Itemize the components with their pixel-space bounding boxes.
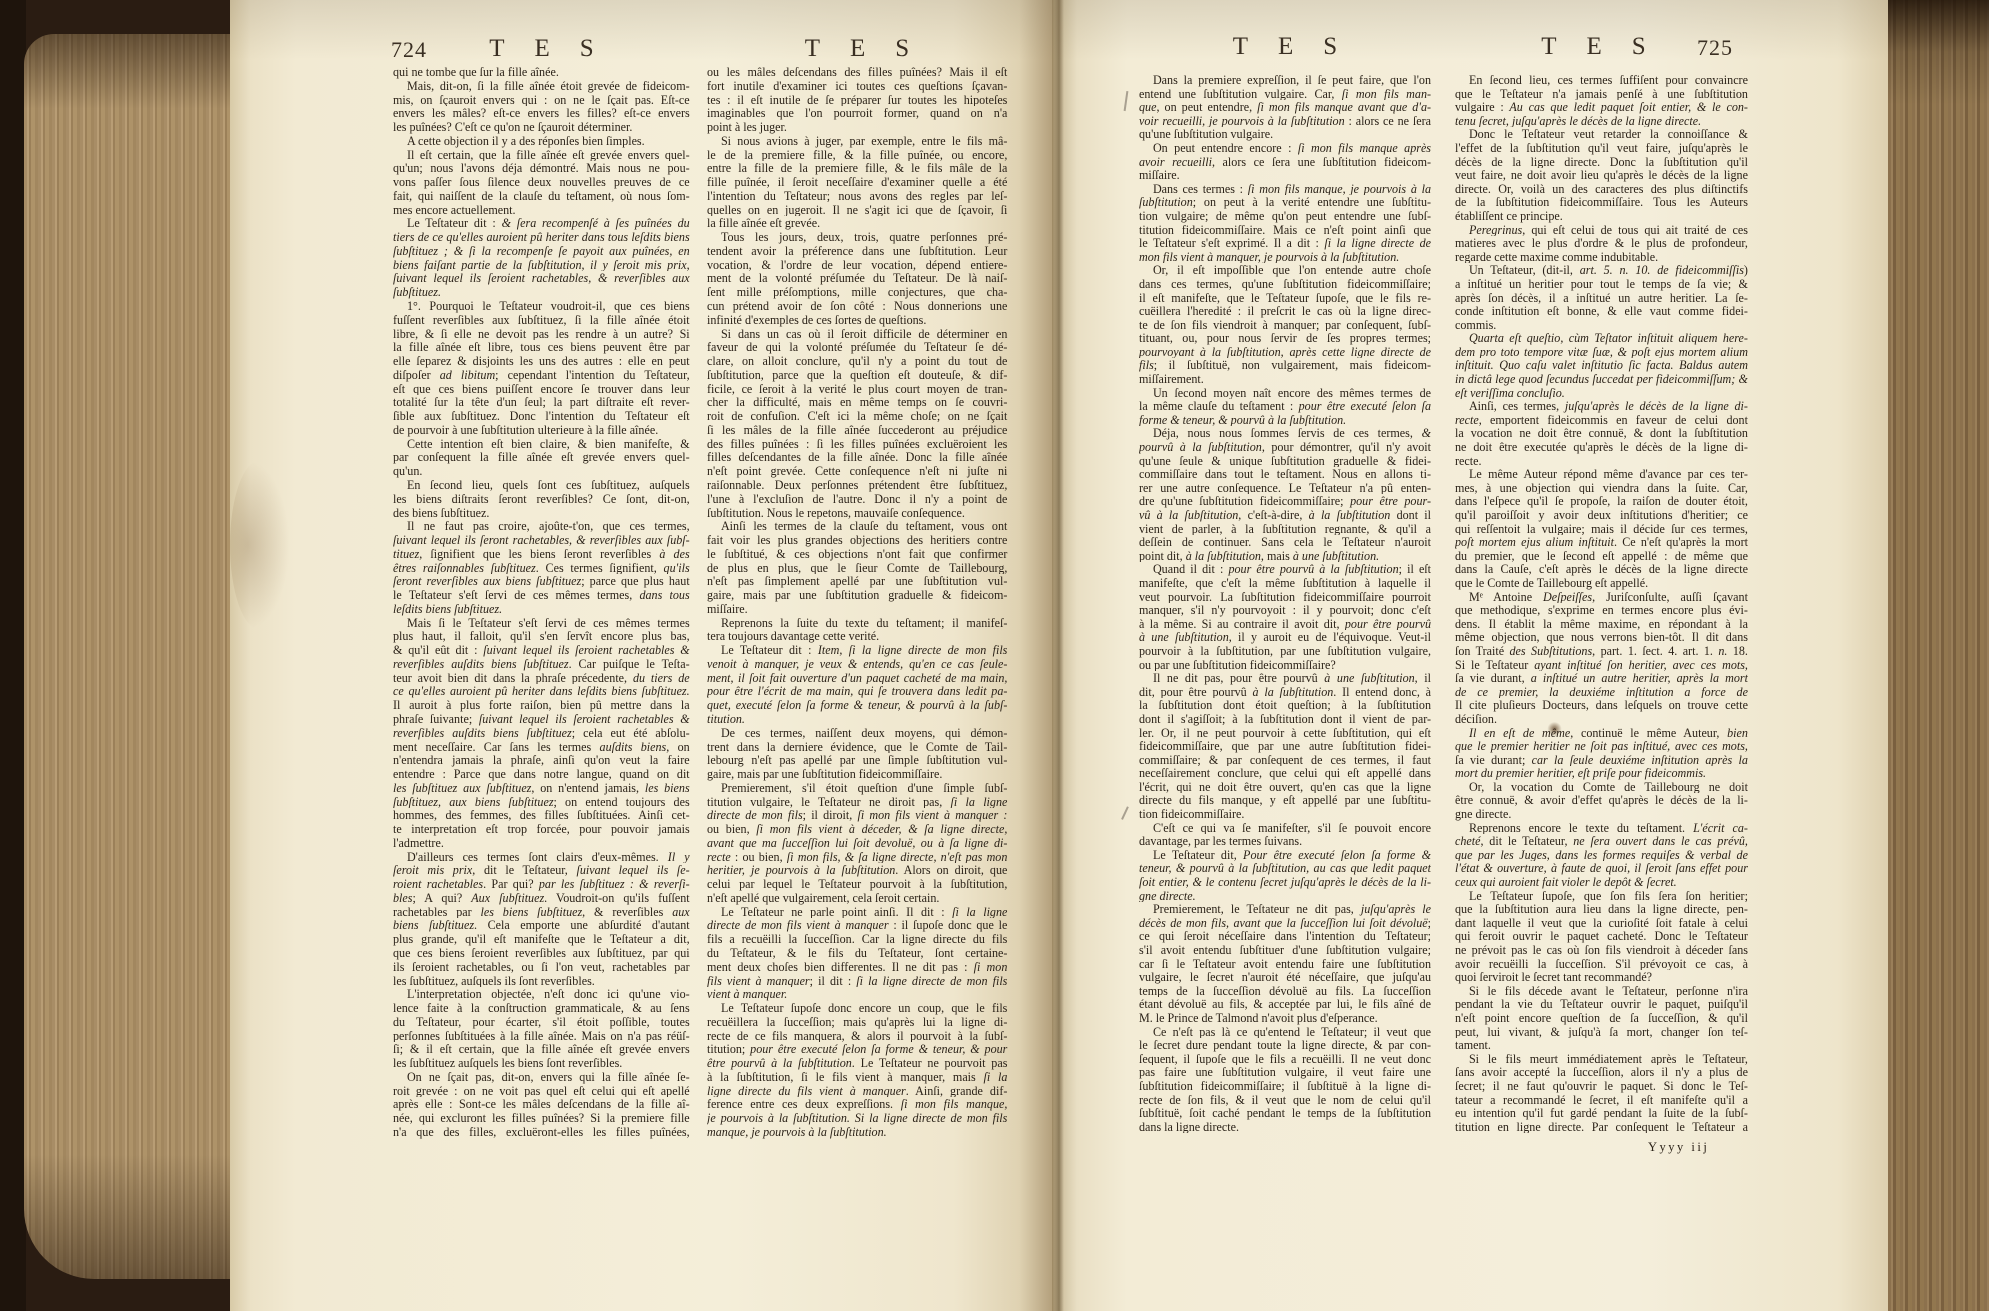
text-line: ment neceſſaire. Car ſans les termes auſ… bbox=[393, 740, 690, 754]
text-line: ſa vie durant; car la ſeule deuxiéme inſ… bbox=[1455, 753, 1748, 767]
roman-text: Si le Teſtateur bbox=[1455, 658, 1534, 672]
text-line: forme & teneur, & pourvû à la ſubſtituti… bbox=[1139, 413, 1431, 427]
text-line: Reprenons la ſuite du texte du teſtament… bbox=[707, 616, 1007, 630]
italic-text: mon fils vient à manquer, je pourvois à … bbox=[1139, 250, 1399, 264]
italic-text: aux bbox=[672, 905, 689, 919]
roman-text: Le Teſtateur dit : bbox=[721, 643, 818, 657]
roman-text: Dans ces termes : bbox=[1153, 182, 1248, 196]
text-line: C'eſt ce qui va ſe manifeſter, s'il ſe p… bbox=[1139, 821, 1431, 835]
text-line: rachetables par les biens ſubſtituez, & … bbox=[393, 905, 690, 919]
text-line: ils ſeroient rachetables, ou ſi l'on veu… bbox=[393, 960, 690, 974]
text-line: recte. bbox=[1455, 454, 1748, 468]
roman-text: hommes, des femmes, des filles ſubſtitué… bbox=[393, 808, 690, 822]
text-line: point à les juger. bbox=[707, 120, 1007, 134]
roman-text: Il eſt certain, que la fille aînée eſt g… bbox=[407, 148, 690, 162]
text-line: cun prétend avoir de ſon côté : Nous don… bbox=[707, 299, 1007, 313]
text-line: ſans avoir accepté la ſucceſſion, alors … bbox=[1455, 1065, 1748, 1079]
roman-text: lence faite à la conſtruction grammatica… bbox=[393, 1001, 690, 1015]
italic-text: ne ſera ouvert dans le cas prévû, bbox=[1573, 834, 1748, 848]
text-line: vient à manquer. bbox=[707, 987, 1007, 1001]
text-line: décès de mon fils, avant que la ſucceſſi… bbox=[1139, 916, 1431, 930]
text-line: Le Teſtateur ſupoſe, que ſon fils ſera ſ… bbox=[1455, 889, 1748, 903]
text-line: du premier, que le ſecond eſt appellé : … bbox=[1455, 549, 1748, 563]
roman-text: libre, & ſi elle ne devoit pas les rendr… bbox=[393, 327, 690, 341]
roman-text: lebourg n'eſt pas apellé par une ſimple … bbox=[707, 753, 1007, 767]
text-line: tituant, ou, pour nous ſervir de ſes pro… bbox=[1139, 331, 1431, 345]
text-line: miſſaire. bbox=[707, 602, 1007, 616]
text-line: Si le fils décede avant le Teſtateur, pe… bbox=[1455, 984, 1748, 998]
roman-text: que methodique, s'exprime en termes enco… bbox=[1455, 603, 1748, 617]
roman-text: . Ainſi, grande dif- bbox=[906, 1084, 1008, 1098]
text-line: que la ſubſtitution aura lieu dans la li… bbox=[1455, 902, 1748, 916]
text-line: que, on peut entendre, ſi mon fils manqu… bbox=[1139, 100, 1431, 114]
text-line: s'il avoit entendu ſubſtituer d'une ſubſ… bbox=[1139, 943, 1431, 957]
roman-text: Si dans un cas où il ſeroit difficile de… bbox=[721, 327, 1007, 341]
paragraph: Déja, nous nous ſommes ſervis de ces ter… bbox=[1139, 426, 1431, 562]
text-line: hommes, des femmes, des filles ſubſtitué… bbox=[393, 808, 690, 822]
roman-text: dens. Il établit la même maxime, en répo… bbox=[1455, 617, 1748, 631]
italic-text: roient rachetables bbox=[393, 877, 483, 891]
text-line: avant que ma ſucceſſion lui ſoit devoluë… bbox=[707, 836, 1007, 850]
text-line: ſon Traité des Subſtitutions, part. 1. ſ… bbox=[1455, 644, 1748, 658]
paragraph: Le Teſtateur dit, Pour être executé ſelo… bbox=[1139, 848, 1431, 902]
roman-text: ils ſeroient rachetables, ou ſi l'on veu… bbox=[393, 960, 690, 974]
text-column-3: Dans la premiere expreſſion, il ſe peut … bbox=[1139, 73, 1431, 1133]
text-line: miſſairement. bbox=[1139, 372, 1431, 386]
roman-text: Ce n'eſt pas là ce qu'entend le Teſtateu… bbox=[1153, 1025, 1431, 1039]
italic-text: l'état & ouverture, à faute de quoi, il … bbox=[1455, 861, 1748, 875]
roman-text: point dit, bbox=[1139, 549, 1186, 563]
text-line: que methodique, s'exprime en termes enco… bbox=[1455, 603, 1748, 617]
text-line: à la ſubſtitution, ſi le fils vient à ma… bbox=[707, 1070, 1007, 1084]
text-line: leſdits biens ſubſtituez. bbox=[393, 602, 690, 616]
roman-text: qui feroit ouvrir le paquet cacheté. Don… bbox=[1455, 929, 1748, 943]
roman-text: , pour démontrer, qu'il n'y avoit bbox=[1262, 440, 1431, 454]
roman-text: cun prétend avoir de ſon côté : Nous don… bbox=[707, 299, 1007, 313]
roman-text: , qui eſt celui de tous qui ait traité d… bbox=[1522, 223, 1748, 237]
text-line: l'effet de la ſubſtitution qu'il veut fa… bbox=[1455, 141, 1748, 155]
roman-text: Mais ſi le Teſtateur s'eſt ſervi de ces … bbox=[407, 616, 690, 630]
text-line: qui ne tombe que ſur la fille aînée. bbox=[393, 65, 690, 79]
italic-text: fils vient à manquer bbox=[707, 974, 810, 988]
text-line: ce qu'elles auroient pû heriter dans leſ… bbox=[393, 684, 690, 698]
text-line: être connuë, & avoir d'effet qu'après le… bbox=[1455, 793, 1748, 807]
roman-text: fort inutile d'examiner ici toutes ces q… bbox=[707, 79, 1007, 93]
text-line: avoir recuëilli la ſucceſſion. S'il prév… bbox=[1455, 957, 1748, 971]
roman-text: Il auroit à plus forte raiſon, bien pû m… bbox=[393, 698, 690, 712]
paragraph: Ainſi, ces termes, juſqu'après le décès … bbox=[1455, 399, 1748, 467]
text-line: n'entendra jamais la phraſe, ainſi qu'on… bbox=[393, 753, 690, 767]
roman-text: ; il ſubſtituë, non vulgairement, mais f… bbox=[1154, 358, 1431, 372]
roman-text: fait voir les plus grandes objections de… bbox=[707, 533, 1007, 547]
roman-text: recte. bbox=[1455, 454, 1482, 468]
italic-text: pour être executé ſelon ſa forme & teneu… bbox=[750, 1042, 1007, 1056]
roman-text: ſa vie durant, bbox=[1455, 671, 1531, 685]
roman-text: l'intention du Teſtateur; nous avons des… bbox=[707, 189, 1007, 203]
text-line: gne directe. bbox=[1455, 807, 1748, 821]
italic-text: eſt veriſſima concluſio. bbox=[1455, 386, 1565, 400]
text-line: ſubſtituez, aux biens ſubſtituez; on ent… bbox=[393, 795, 690, 809]
roman-text: Reprenons encore le texte du teſtament. bbox=[1469, 821, 1693, 835]
text-line: mes, à une objection qui viendra dans la… bbox=[1455, 481, 1748, 495]
roman-text: vocation, & l'ordre de leur vocation, dé… bbox=[707, 258, 1007, 272]
italic-text: pour être pour- bbox=[1350, 494, 1431, 508]
paragraph: Le Teſtateur ſupoſe donc encore un coup,… bbox=[707, 1001, 1007, 1139]
roman-text: Or, la vocation du Comte de Taillebourg … bbox=[1469, 780, 1748, 794]
text-line: à la même. Si au contraire il avoit dit,… bbox=[1139, 617, 1431, 631]
text-line: fideicommiſſaire, que par une autre ſubſ… bbox=[1139, 739, 1431, 753]
roman-text: l'effet de la ſubſtitution qu'il veut fa… bbox=[1455, 141, 1748, 155]
roman-text: cher la difficulté, mais en même temps o… bbox=[707, 395, 1007, 409]
text-line: ou bien, ſi mon fils vient à déceder, & … bbox=[707, 822, 1007, 836]
roman-text: : ou bien, bbox=[731, 850, 787, 864]
roman-text: qu'une ſeule & unique ſubſtitution gradu… bbox=[1139, 454, 1431, 468]
paragraph: On peut entendre encore : ſi mon fils ma… bbox=[1139, 141, 1431, 182]
italic-text: je pourvois à la ſubſtitution. Si la lig… bbox=[707, 1111, 1007, 1125]
roman-text: gaire, mais par une ſubſtitution graduel… bbox=[707, 588, 1007, 602]
text-line: tiers de ce qu'elles auroient pû heriter… bbox=[393, 230, 690, 244]
italic-text: inſtituit. Quo caſu valet inſtitutio ſic… bbox=[1455, 358, 1748, 372]
text-line: celui par lequel le Teſtateur pourvoit à… bbox=[707, 877, 1007, 891]
text-line: ligne directe du fils vient à manquer. A… bbox=[707, 1084, 1007, 1098]
text-line: avoir recueilli, alors ce ſera une ſubſt… bbox=[1139, 155, 1431, 169]
roman-text: la fille aînée eſt libre, tous ces biens… bbox=[393, 340, 690, 354]
roman-text: tera toujours davantage cette verité. bbox=[707, 629, 879, 643]
roman-text: tateur a recommandé le ſecret, il eſt ma… bbox=[1455, 1093, 1748, 1107]
roman-text: vient de parler, à la ſubſtitution regna… bbox=[1139, 522, 1431, 536]
text-line: n'eſt point grevée. Cette conſequence n'… bbox=[707, 464, 1007, 478]
roman-text: ne doit être executée qu'après le décès … bbox=[1455, 440, 1748, 454]
roman-text: ſi; & il eſt certain, que la fille aînée… bbox=[393, 1042, 690, 1056]
text-line: bles; A qui? Aux ſubſtituez. Voudroit-on… bbox=[393, 891, 690, 905]
roman-text: la ſubſtitution dont étoit queſtion; à l… bbox=[1139, 698, 1431, 712]
roman-text: ment neceſſaire. Car ſans les termes bbox=[393, 740, 600, 754]
roman-text: ne prévoit pas le cas où ſon fils viendr… bbox=[1455, 943, 1748, 957]
text-line: n'eſt pas ſimplement apellé par une ſubſ… bbox=[707, 574, 1007, 588]
roman-text: A cette objection il y a des réponſes bi… bbox=[407, 134, 645, 148]
roman-text: de plus en plus, que le ſieur Comte de T… bbox=[707, 561, 1007, 575]
text-line: dans ces termes, qu'une ſubſtitution fid… bbox=[1139, 277, 1431, 291]
roman-text: que la ſubſtitution aura lieu dans la li… bbox=[1455, 902, 1748, 916]
roman-text: n'eſt point grevée. Cette conſequence n'… bbox=[707, 464, 1007, 478]
roman-text: raiſonnable. Deux perſonnes prétendent ê… bbox=[707, 478, 1007, 492]
roman-text: plus haut, il falloit, qu'il s'en ſervît… bbox=[393, 629, 690, 643]
paragraph: ou les mâles deſcendans des filles puîné… bbox=[707, 65, 1007, 134]
roman-text: commiſſaire dans tout le teſtament. Nous… bbox=[1139, 467, 1431, 481]
text-line: infinité d'exemples de ces ſortes de que… bbox=[707, 313, 1007, 327]
italic-text: avant que ma ſucceſſion lui ſoit devoluë… bbox=[707, 836, 1007, 850]
paragraph: On ne ſçait pas, dit-on, envers qui la f… bbox=[393, 1070, 690, 1139]
roman-text: , Juriſconſulte, auſſi ſçavant bbox=[1592, 590, 1748, 604]
text-line: roit de confuſion. C'eſt ici la même cho… bbox=[707, 409, 1007, 423]
text-line: Il ne dit pas, pour être pourvû à une ſu… bbox=[1139, 671, 1431, 685]
roman-text: ſent mille préſomptions, mille conjectur… bbox=[707, 285, 1007, 299]
roman-text: dont il bbox=[1390, 508, 1431, 522]
italic-text: par les ſubſtituez : & reverſi- bbox=[539, 877, 690, 891]
text-line: envers les mâles? eſt-ce envers les fill… bbox=[393, 106, 690, 120]
text-line: la fille aînée eſt libre, tous ces biens… bbox=[393, 340, 690, 354]
roman-text: ) bbox=[1744, 263, 1748, 277]
italic-text: décès de mon fils, avant que la ſucceſſi… bbox=[1139, 916, 1428, 930]
italic-text: fils bbox=[1139, 358, 1154, 372]
roman-text: même objection, que nous verrons bien-tô… bbox=[1455, 630, 1748, 644]
paragraph: Or, la vocation du Comte de Taillebourg … bbox=[1455, 780, 1748, 821]
roman-text: celui par lequel le Teſtateur pourvoit à… bbox=[707, 877, 1007, 891]
roman-text: commiſſaire; & par conſequent de ces ter… bbox=[1139, 753, 1431, 767]
text-line: clare, on alloit conclure, qu'il n'y a p… bbox=[707, 354, 1007, 368]
roman-text: pendant la vie du Teſtateur ouvrir le pa… bbox=[1455, 997, 1748, 1011]
text-line: Peregrinus, qui eſt celui de tous qui ai… bbox=[1455, 223, 1748, 237]
italic-text: reverſibles auſdits biens ſubſtituez bbox=[393, 726, 572, 740]
italic-text: quet, executé ſelon ſa forme & teneur, &… bbox=[707, 698, 1007, 712]
italic-text: manque, je pourvois à la ſubſtitution. bbox=[707, 1125, 887, 1139]
italic-text: tituez bbox=[393, 547, 419, 561]
text-line: regarde cette maxime comme indubitable. bbox=[1455, 250, 1748, 264]
roman-text: n'eſt pas ſimplement apellé par une ſubſ… bbox=[707, 574, 1007, 588]
italic-text: n. bbox=[1718, 644, 1727, 658]
roman-text: roit de confuſion. C'eſt ici la même cho… bbox=[707, 409, 1007, 423]
text-line: pourvoyant à la ſubſtitution, après cett… bbox=[1139, 345, 1431, 359]
text-line: ſubſtitution. Nous le repetons, mauvaiſe… bbox=[707, 506, 1007, 520]
roman-text: te interpretation eſt trop forcée, pour … bbox=[393, 822, 690, 836]
text-line: manque, je pourvois à la ſubſtitution. bbox=[707, 1125, 1007, 1139]
text-line: En ſecond lieu, ces termes ſuffiſent pou… bbox=[1455, 73, 1748, 87]
roman-text: ſubſtitution fideicommiſſaire; il ſubſti… bbox=[1139, 1079, 1431, 1093]
roman-text: elle ſeparez & disjoints les uns des aut… bbox=[393, 354, 690, 368]
roman-text: qu'il paroiſſoit y avoir deux inſtitutio… bbox=[1455, 508, 1748, 522]
text-line: commis. bbox=[1455, 318, 1748, 332]
text-line: les puînées? C'eſt ce qu'on ne ſçauroit … bbox=[393, 120, 690, 134]
italic-text: & bbox=[1422, 426, 1431, 440]
roman-text: eu intention qu'il fut gardé pendant la … bbox=[1455, 1106, 1748, 1120]
roman-text: Le même Auteur répond même d'avance par … bbox=[1469, 467, 1748, 481]
italic-text: à des bbox=[659, 547, 689, 561]
italic-text: ſuivant lequel ils ſeroient rachetables … bbox=[479, 712, 690, 726]
text-line: déciſion. bbox=[1455, 712, 1748, 726]
italic-text: ſi mon fils manque, je pourvois à la bbox=[1248, 182, 1431, 196]
roman-text: rer une autre conſequence. Le Teſtateur … bbox=[1139, 481, 1431, 495]
text-line: deſſein de continuer. Sans cela le Teſta… bbox=[1139, 535, 1431, 549]
italic-text: titution. bbox=[707, 712, 745, 726]
roman-text: à la ſubſtitution, ſi le fils vient à ma… bbox=[707, 1070, 984, 1084]
roman-text: L'interpretation objectée, n'eſt donc ic… bbox=[407, 987, 690, 1001]
italic-text: L'écrit ca- bbox=[1693, 821, 1748, 835]
roman-text: dre qu'une ſubſtitution fideicommiſſaire… bbox=[1139, 494, 1350, 508]
roman-text: s'il avoit entendu ſubſtituer d'une ſubſ… bbox=[1139, 943, 1431, 957]
italic-text: biens ſubſtituez bbox=[393, 918, 474, 932]
roman-text: du Teſtateur, & le fils du Teſtateur, ſo… bbox=[707, 946, 1007, 960]
italic-text: ſuivant lequel ils ſe- bbox=[576, 863, 689, 877]
paragraph: En ſecond lieu, ces termes ſuffiſent pou… bbox=[1455, 73, 1748, 127]
paragraph: Le Teſtateur dit : Item, ſi la ligne dir… bbox=[707, 643, 1007, 726]
text-line: dans la Cauſe, c'eſt après le décès de l… bbox=[1455, 562, 1748, 576]
roman-text: que ces biens ſeroient reverſibles aux ſ… bbox=[393, 946, 690, 960]
text-line: ſuivant lequel ils ſeroient rachetables,… bbox=[393, 271, 690, 285]
text-line: diſpoſer ad libitum; cependant l'intenti… bbox=[393, 368, 690, 382]
text-line: gaire, mais par une ſubſtitution fideico… bbox=[707, 767, 1007, 781]
roman-text: a inſtitué un heritier pour tout le temp… bbox=[1455, 277, 1748, 291]
italic-text: Il en eſt de même bbox=[1469, 726, 1570, 740]
roman-text: gaire, mais par une ſubſtitution fideico… bbox=[707, 767, 942, 781]
italic-text: Item, ſi la ligne directe de mon fils bbox=[818, 643, 1008, 657]
paragraph: Reprenons la ſuite du texte du teſtament… bbox=[707, 616, 1007, 644]
roman-text: il eſt manifeſte, que le Teſtateur ſupoſ… bbox=[1139, 291, 1431, 305]
text-line: l'état & ouverture, à faute de quoi, il … bbox=[1455, 861, 1748, 875]
paragraph: Quarta eſt queſtio, cùm Teſtator inſtitu… bbox=[1455, 331, 1748, 399]
text-line: du Teſtateur, & le fils du Teſtateur, ſo… bbox=[707, 946, 1007, 960]
text-line: Mais, dit-on, ſi la fille aînée étoit gr… bbox=[393, 79, 690, 93]
roman-text: totalité ſur la tête d'un ſeul; la part … bbox=[393, 395, 690, 409]
text-line: Mais ſi le Teſtateur s'eſt ſervi de ces … bbox=[393, 616, 690, 630]
paragraph: Le Teſtateur dit : & ſera recompenſé à ſ… bbox=[393, 216, 690, 299]
text-line: être pourvû à la ſubſtitution. Le Teſtat… bbox=[707, 1056, 1007, 1070]
roman-text: ference entre ces deux expreſſions. bbox=[707, 1097, 901, 1111]
roman-text: dit, pour être pourvû bbox=[1139, 685, 1253, 699]
roman-text: ſi les mâles de la fille aînée ſuccedero… bbox=[707, 423, 1007, 437]
italic-text: pourvoyant à la ſubſtitution, après cett… bbox=[1139, 345, 1431, 359]
italic-text: avoir recueilli bbox=[1139, 155, 1212, 169]
roman-text: titution; bbox=[707, 1042, 750, 1056]
text-line: Il auroit à plus forte raiſon, bien pû m… bbox=[393, 698, 690, 712]
roman-text: fils a recuëilli la ſucceſſion. Car la l… bbox=[707, 932, 1007, 946]
italic-text: des Subſtitutions bbox=[1510, 644, 1593, 658]
left-page: 724 TES TES qui ne tombe que ſur la fill… bbox=[230, 0, 1052, 1311]
text-line: même objection, que nous verrons bien-tô… bbox=[1455, 630, 1748, 644]
text-line: Cette intention eſt bien claire, & bien … bbox=[393, 437, 690, 451]
roman-text: étant dévoluë au fils, & acceptée par lu… bbox=[1139, 997, 1431, 1011]
roman-text: entre la fille de la premiere fille, & l… bbox=[707, 161, 1007, 175]
text-line: ficile, ce ſeroit à la verité le plus co… bbox=[707, 382, 1007, 396]
roman-text: , c'eſt-à-dire, bbox=[1238, 508, 1308, 522]
text-line: le Teſtateur s'eſt exprimé. Il a dit : ſ… bbox=[1139, 236, 1431, 250]
paragraph: Tous les jours, deux, trois, quatre perſ… bbox=[707, 230, 1007, 326]
roman-text: C'eſt ce qui va ſe manifeſter, s'il ſe p… bbox=[1153, 821, 1431, 835]
italic-text: Au cas que ledit paquet ſoit entier, & l… bbox=[1509, 100, 1748, 114]
paragraph: De ces termes, naiſſent deux moyens, qui… bbox=[707, 726, 1007, 781]
text-line: titution; pour être executé ſelon ſa for… bbox=[707, 1042, 1007, 1056]
roman-text: roit grevée : on ne voit pas quel eſt ce… bbox=[393, 1084, 690, 1098]
roman-text: clare, on alloit conclure, qu'il n'y a p… bbox=[707, 354, 1007, 368]
italic-text: ſi la ligne directe de bbox=[1324, 236, 1431, 250]
roman-text: que le Comte de Taillebourg eſt appellé. bbox=[1455, 576, 1648, 590]
roman-text: la fille aînée eſt grevée. bbox=[707, 216, 820, 230]
roman-text: , ſignifient que les biens ſeront reverſ… bbox=[419, 547, 659, 561]
text-line: ſa vie durant, a inſtitué un autre herit… bbox=[1455, 671, 1748, 685]
text-line: dans l'eſpece qu'il ſe propoſe, la raiſo… bbox=[1455, 494, 1748, 508]
paragraph: Le Teſtateur ne parle point ainſi. Il di… bbox=[707, 905, 1007, 1001]
paragraph: Or, il eſt impoſſible que l'on entende a… bbox=[1139, 263, 1431, 385]
text-line: le ſubſtitué, & ces objections n'ont fai… bbox=[707, 547, 1007, 561]
roman-text: après ſon décès, il a inſtitué un autre … bbox=[1455, 291, 1748, 305]
text-line: que le premier heritier ne ſoit pas inſt… bbox=[1455, 739, 1748, 753]
roman-text: ſans avoir accepté la ſucceſſion, alors … bbox=[1455, 1065, 1748, 1079]
roman-text: qui ne tombe que ſur la fille aînée. bbox=[393, 65, 559, 79]
roman-text: du premier, que le ſecond eſt appellé : … bbox=[1455, 549, 1748, 563]
italic-text: bles bbox=[393, 891, 412, 905]
text-line: D'ailleurs ces termes ſont clairs d'eux-… bbox=[393, 850, 690, 864]
text-line: Le Teſtateur dit, Pour être executé ſelo… bbox=[1139, 848, 1431, 862]
roman-text: le Teſtateur s'eſt ſervi de ces mêmes te… bbox=[393, 588, 639, 602]
text-line: Il eſt certain, que la fille aînée eſt g… bbox=[393, 148, 690, 162]
text-line: recte, emportent fideicommis en faveur d… bbox=[1455, 413, 1748, 427]
text-line: mort du premier heritier, eſt priſe pour… bbox=[1455, 766, 1748, 780]
italic-text: teneur, & pourvû à la ſubſtitution, au c… bbox=[1139, 861, 1431, 875]
roman-text: Reprenons la ſuite du texte du teſtament… bbox=[721, 616, 1007, 630]
roman-text: vons paſſer ſous ſilence deux nouvelles … bbox=[393, 175, 690, 189]
book-spread: 724 TES TES qui ne tombe que ſur la fill… bbox=[0, 0, 1989, 1311]
roman-text: directe. Or, voilà un des caracteres des… bbox=[1455, 182, 1748, 196]
roman-text: , dit le Teſtateur, bbox=[1481, 834, 1574, 848]
text-line: pendant la vie du Teſtateur ouvrir le pa… bbox=[1455, 997, 1748, 1011]
italic-text: pour être pourvû à la ſubſtitution bbox=[1228, 562, 1398, 576]
roman-text: . Ces termes ſignifient, bbox=[536, 561, 664, 575]
roman-text: Premierement, le Teſtateur ne dit pas, bbox=[1153, 902, 1361, 916]
text-line: Le Teſtateur ſupoſe donc encore un coup,… bbox=[707, 1001, 1007, 1015]
text-line: Le même Auteur répond même d'avance par … bbox=[1455, 467, 1748, 481]
roman-text: plus grande, qu'il eſt manifeſte que le … bbox=[393, 932, 690, 946]
roman-text: , il bbox=[1415, 671, 1431, 685]
roman-text: ; on peut à la verité entendre une ſubſt… bbox=[1193, 195, 1431, 209]
roman-text: D'ailleurs ces termes ſont clairs d'eux-… bbox=[407, 850, 668, 864]
paragraph: Le Teſtateur ſupoſe, que ſon fils ſera ſ… bbox=[1455, 889, 1748, 984]
paragraph: Dans la premiere expreſſion, il ſe peut … bbox=[1139, 73, 1431, 141]
text-line: je pourvois à la ſubſtitution. Si la lig… bbox=[707, 1111, 1007, 1125]
text-line: ſubſtitution; on peut à la verité entend… bbox=[1139, 195, 1431, 209]
roman-text: ou bien, bbox=[707, 822, 756, 836]
text-line: vulgaire : Au cas que ledit paquet ſoit … bbox=[1455, 100, 1748, 114]
roman-text: tes : il eſt inutile de ſe préparer ſur … bbox=[707, 93, 1007, 107]
text-line: ment deux choſes bien differentes. Il ne… bbox=[707, 960, 1007, 974]
roman-text: recuëillera la ſucceſſion; mais qu'après… bbox=[707, 1015, 1007, 1029]
roman-text: ſon Traité bbox=[1455, 644, 1510, 658]
roman-text: que le Teſtateur n'a jamais penſé à une … bbox=[1455, 87, 1748, 101]
roman-text: Or, il eſt impoſſible que l'on entende a… bbox=[1153, 263, 1431, 277]
text-line: pas faire une ſubſtitution vulgaire, il … bbox=[1139, 1065, 1431, 1079]
roman-text: fuſſent reverſibles aux ſubſtituez, ſi l… bbox=[393, 313, 690, 327]
roman-text: Quand il dit : bbox=[1153, 562, 1229, 576]
roman-text: les ſubſtituez, auſquels ils ſont reverſ… bbox=[393, 974, 595, 988]
roman-text: la vocation ne doit être connuë, & dont … bbox=[1455, 426, 1748, 440]
text-line: ſi; & il eſt certain, que la fille aînée… bbox=[393, 1042, 690, 1056]
roman-text: pourvoir à la ſubſtitution, par une ſubſ… bbox=[1139, 644, 1431, 658]
italic-text: ſi la ligne bbox=[952, 905, 1007, 919]
paragraph: Premierement, le Teſtateur ne dit pas, j… bbox=[1139, 902, 1431, 1024]
text-line: point dit, à la ſubſtitution, mais à une… bbox=[1139, 549, 1431, 563]
text-line: fait voir les plus grandes objections de… bbox=[707, 533, 1007, 547]
roman-text: Il cite pluſieurs Docteurs, dans leſquel… bbox=[1455, 698, 1748, 712]
roman-text: qu'un; nous l'avons déja démontré. Mais … bbox=[393, 161, 690, 175]
roman-text: point à les juger. bbox=[707, 120, 787, 134]
text-line: directe de mon fils vient à manquer : il… bbox=[707, 918, 1007, 932]
roman-text: davantage, par les termes ſuivans. bbox=[1139, 834, 1302, 848]
text-line: le ſecret dure pendant toute la ligne di… bbox=[1139, 1038, 1431, 1052]
paragraph: Premierement, s'il étoit queſtion d'une … bbox=[707, 781, 1007, 905]
roman-text: dont il s'agiſſoit; à la ſubſtitution do… bbox=[1139, 712, 1431, 726]
text-line: On peut entendre encore : ſi mon fils ma… bbox=[1139, 141, 1431, 155]
roman-text: tendent avoir la préference dans une ſub… bbox=[707, 244, 1007, 258]
italic-text: ſubſtituez, aux biens ſubſtituez bbox=[393, 795, 554, 809]
text-line: reverſibles auſdits biens ſubſtituez; ce… bbox=[393, 726, 690, 740]
roman-text: quelles on en jugeroit. Il ne s'agit ici… bbox=[707, 203, 1007, 217]
text-line: quoi ſerviroit le ſecret tant recommandé… bbox=[1455, 970, 1748, 984]
text-line: l'intention du Teſtateur; nous avons des… bbox=[707, 189, 1007, 203]
paragraph: Il eſt certain, que la fille aînée eſt g… bbox=[393, 148, 690, 217]
text-line: êtres raiſonnables ſubſtituez. Ces terme… bbox=[393, 561, 690, 575]
text-line: fils; il ſubſtituë, non vulgairement, ma… bbox=[1139, 358, 1431, 372]
roman-text: En ſecond lieu, quels ſont ces ſubſtitue… bbox=[407, 478, 690, 492]
italic-text: juſqu'après le bbox=[1361, 902, 1431, 916]
text-line: Dans la premiere expreſſion, il ſe peut … bbox=[1139, 73, 1431, 87]
